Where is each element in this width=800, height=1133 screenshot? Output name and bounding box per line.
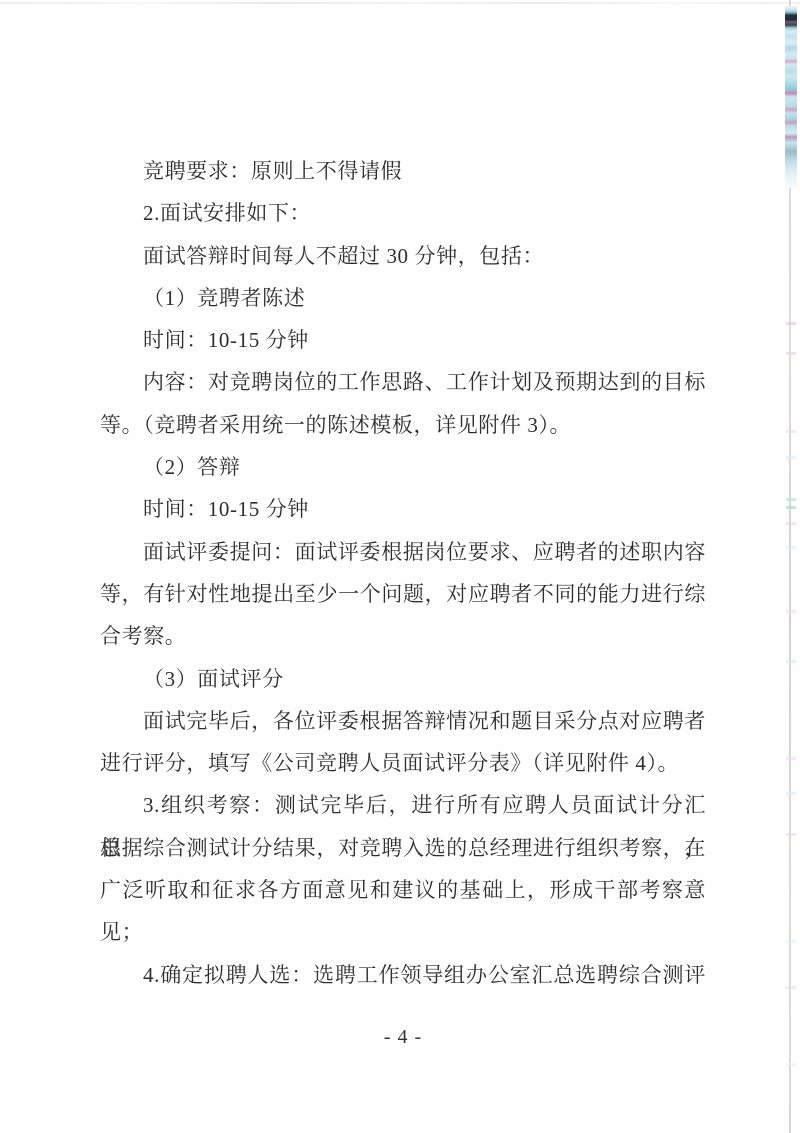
document-body: 竞聘要求：原则上不得请假 2.面试安排如下： 面试答辩时间每人不超过 30 分钟… xyxy=(100,150,706,996)
scan-edge-mark xyxy=(786,430,796,433)
scan-top-edge-line xyxy=(0,2,800,4)
scan-edge-mark xyxy=(786,660,796,663)
text-line: 合考察。 xyxy=(100,615,706,657)
text-line: 广泛听取和征求各方面意见和建议的基础上，形成干部考察意 xyxy=(100,869,706,911)
text-line: 时间：10-15 分钟 xyxy=(100,488,706,530)
scan-edge-mark xyxy=(786,792,796,795)
scan-edge-mark xyxy=(786,833,796,836)
scan-edge-mark xyxy=(786,757,796,760)
text-line: 根据综合测试计分结果，对竞聘入选的总经理进行组织考察，在 xyxy=(100,827,706,869)
scan-edge-mark xyxy=(786,498,796,501)
scan-edge-mark xyxy=(786,506,796,509)
text-line: 面试评委提问：面试评委根据岗位要求、应聘者的述职内容 xyxy=(100,531,706,573)
scan-edge-mark xyxy=(786,546,796,549)
page-number: - 4 - xyxy=(100,1026,706,1049)
text-line: 竞聘要求：原则上不得请假 xyxy=(100,150,706,192)
text-line: 2.面试安排如下： xyxy=(100,192,706,234)
text-line: 3.组织考察：测试完毕后，进行所有应聘人员面试计分汇总， xyxy=(100,784,706,826)
text-line: 等，有针对性地提出至少一个问题，对应聘者不同的能力进行综 xyxy=(100,573,706,615)
scan-edge-mark xyxy=(786,1063,796,1066)
scan-edge-mark xyxy=(786,610,796,613)
text-line: （1）竞聘者陈述 xyxy=(100,277,706,319)
text-line: 见； xyxy=(100,911,706,953)
scan-edge-mark xyxy=(786,456,796,459)
text-line: 面试完毕后，各位评委根据答辩情况和题目采分点对应聘者 xyxy=(100,700,706,742)
text-line: （3）面试评分 xyxy=(100,658,706,700)
text-line: 4.确定拟聘人选：选聘工作领导组办公室汇总选聘综合测评 xyxy=(100,954,706,996)
text-line: （2）答辩 xyxy=(100,446,706,488)
text-line: 内容：对竞聘岗位的工作思路、工作计划及预期达到的目标 xyxy=(100,361,706,403)
scan-edge-mark xyxy=(786,940,796,943)
scan-edge-mark xyxy=(786,522,796,525)
scan-edge-mark xyxy=(786,352,796,355)
text-line: 进行评分，填写《公司竞聘人员面试评分表》（详见附件 4）。 xyxy=(100,742,706,784)
scan-edge-mark xyxy=(786,322,796,325)
text-line: 面试答辩时间每人不超过 30 分钟，包括： xyxy=(100,235,706,277)
text-line: 等。（竞聘者采用统一的陈述模板，详见附件 3）。 xyxy=(100,404,706,446)
scan-edge-mark xyxy=(786,986,796,989)
scanned-document-page: 竞聘要求：原则上不得请假 2.面试安排如下： 面试答辩时间每人不超过 30 分钟… xyxy=(0,0,800,1133)
scan-edge-color-strip xyxy=(785,6,797,188)
text-line: 时间：10-15 分钟 xyxy=(100,319,706,361)
